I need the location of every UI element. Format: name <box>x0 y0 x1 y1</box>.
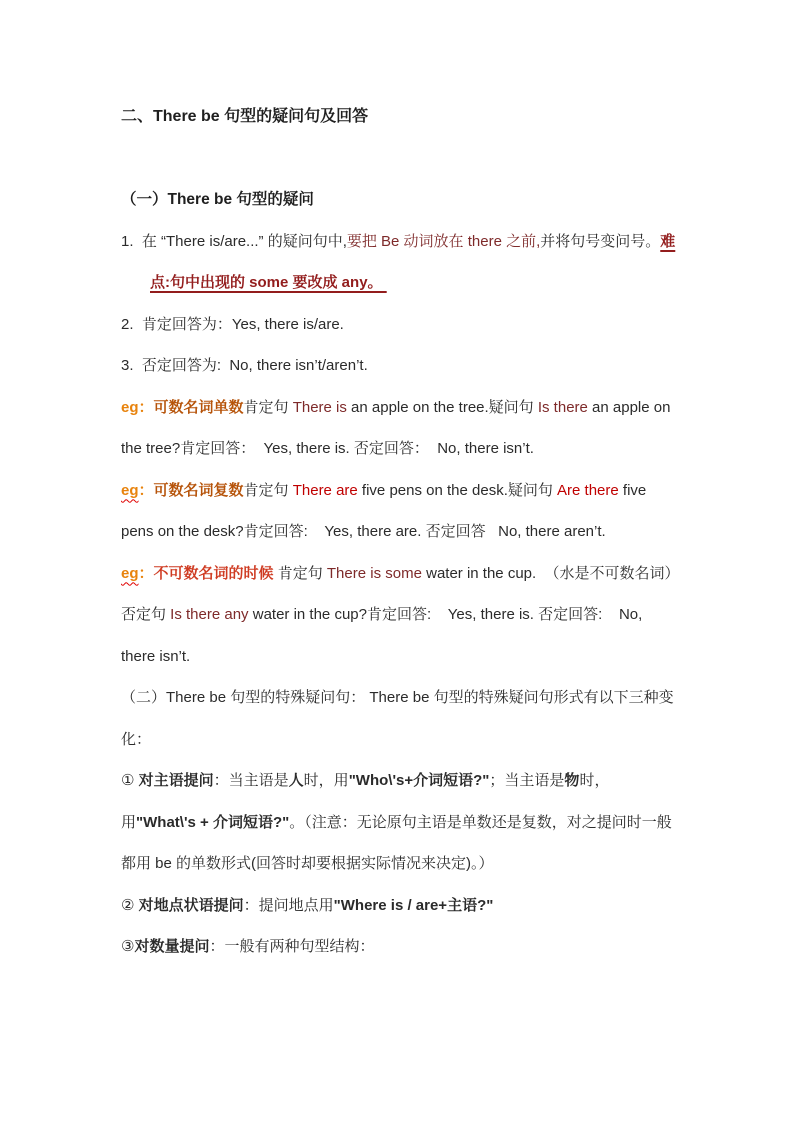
section-one-heading: （一）There be 句型的疑问 <box>121 179 677 221</box>
text-run: ② <box>121 897 139 914</box>
eg-heading: 可数名词复数 <box>154 482 244 499</box>
text-run: ：一般有两种句型结构： <box>209 938 374 955</box>
text-run: ③ <box>121 938 134 955</box>
term-bold: 对数量提问 <box>134 938 209 955</box>
text-run-highlight: There are <box>293 482 358 499</box>
text-run-highlight: Is there any <box>170 606 248 623</box>
text-run: ① <box>121 772 139 789</box>
text-run: 时，用 <box>304 772 349 789</box>
text-run: ；当主语是 <box>489 772 564 789</box>
list-item-3: 3. 否定回答为: No, there isn’t/aren’t. <box>121 345 677 387</box>
eg-label: eg： <box>121 399 154 416</box>
pattern-bold: "Where is / are+主语?" <box>334 897 494 914</box>
question-type-3: ③对数量提问：一般有两种句型结构： <box>121 926 677 968</box>
list-item-1: 1. 在 “There is/are...” 的疑问句中,要把 Be 动词放在 … <box>121 221 677 304</box>
text-run-highlight: Is there <box>538 399 588 416</box>
text-run: 肯定句 <box>244 399 293 416</box>
text-run: five pens on the desk.疑问句 <box>358 482 557 499</box>
text-run: 并将句号变问号。 <box>540 233 660 250</box>
pattern-bold: "Who\'s+介词短语?" <box>349 772 490 789</box>
example-uncountable: eg：不可数名词的时候 肯定句 There is some water in t… <box>121 553 677 678</box>
text-run: ：提问地点用 <box>244 897 334 914</box>
text-run: ：当主语是 <box>214 772 289 789</box>
document-title: 二、There be 句型的疑问句及回答 <box>121 96 677 138</box>
text-run: 肯定句 <box>274 565 327 582</box>
question-type-2: ② 对地点状语提问：提问地点用"Where is / are+主语?" <box>121 885 677 927</box>
text-run: an apple on the tree.疑问句 <box>347 399 538 416</box>
text-run-highlight: 要把 Be 动词放在 there 之前, <box>347 233 540 250</box>
example-plural: eg：可数名词复数肯定句 There are five pens on the … <box>121 470 677 553</box>
eg-heading: 不可数名词的时候 <box>154 565 274 582</box>
text-run-highlight: There is <box>293 399 347 416</box>
text-run-highlight: There is some <box>327 565 422 582</box>
question-type-1: ① 对主语提问：当主语是人时，用"Who\'s+介词短语?"；当主语是物时，用"… <box>121 760 677 885</box>
eg-label: eg <box>121 565 139 582</box>
eg-colon: ： <box>139 482 154 499</box>
term-bold: 对地点状语提问 <box>139 897 244 914</box>
section-two-heading: （二）There be 句型的特殊疑问句： There be 句型的特殊疑问句形… <box>121 677 677 760</box>
eg-heading: 可数名词单数 <box>154 399 244 416</box>
term-bold: 物 <box>564 772 579 789</box>
example-singular: eg：可数名词单数肯定句 There is an apple on the tr… <box>121 387 677 470</box>
blank-line <box>121 138 677 180</box>
term-bold: 人 <box>289 772 304 789</box>
eg-label: eg <box>121 482 139 499</box>
text-run: 肯定句 <box>244 482 293 499</box>
eg-colon: ： <box>139 565 154 582</box>
text-run: 1. 在 “There is/are...” 的疑问句中, <box>121 233 347 250</box>
list-item-2: 2. 肯定回答为：Yes, there is/are. <box>121 304 677 346</box>
term-bold: 对主语提问 <box>139 772 214 789</box>
text-run-highlight: Are there <box>557 482 619 499</box>
pattern-bold: "What\'s + 介词短语?" <box>136 814 289 831</box>
document-page: 二、There be 句型的疑问句及回答 （一）There be 句型的疑问 1… <box>0 0 794 1123</box>
